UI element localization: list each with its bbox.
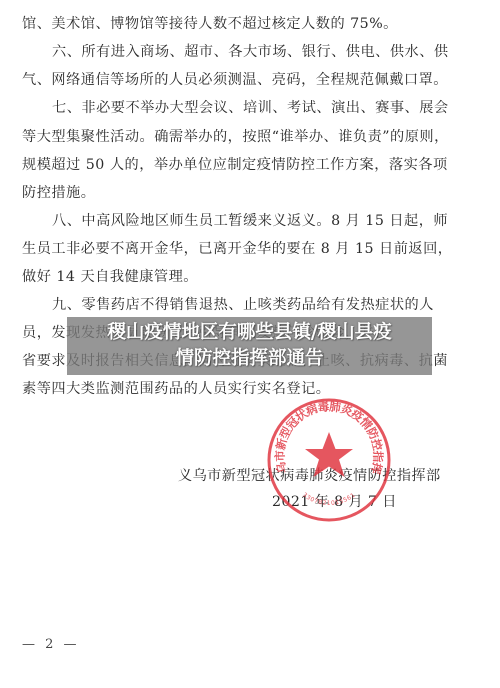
- issuer-signature: 义乌市新型冠状病毒肺炎疫情防控指挥部: [178, 466, 441, 486]
- document-text-line: 防控措施。: [22, 183, 95, 203]
- document-text-line: 八、中高风险地区师生员工暂缓来义返义。8 月 15 日起，师: [52, 211, 448, 231]
- document-text-line: 七、非必要不举办大型会议、培训、考试、演出、赛事、展会: [52, 98, 449, 118]
- document-page: 馆、美术馆、博物馆等接待人数不超过核定人数的 75%。六、所有进入商场、超市、各…: [0, 0, 500, 688]
- document-text-line: 六、所有进入商场、超市、各大市场、银行、供电、供水、供: [52, 42, 449, 62]
- svg-text:义乌市新型冠状病毒肺炎疫情防控指挥部: 义乌市新型冠状病毒肺炎疫情防控指挥部: [266, 397, 385, 476]
- title-overlay-banner: 稷山疫情地区有哪些县镇/稷山县疫 情防控指挥部通告: [67, 317, 432, 375]
- document-text-line: 馆、美术馆、博物馆等接待人数不超过核定人数的 75%。: [22, 14, 398, 34]
- overlay-title-line-2: 情防控指挥部通告: [67, 346, 432, 372]
- document-text-line: 生员工非必要不离开金华，已离开金华的要在 8 月 15 日前返回，: [22, 239, 453, 259]
- document-text-line: 素等四大类监测范围药品的人员实行实名登记。: [22, 379, 330, 399]
- overlay-title-line-1: 稷山疫情地区有哪些县镇/稷山县疫: [67, 317, 432, 346]
- document-text-line: 等大型集聚性活动。确需举办的，按照“谁举办、谁负责”的原则，: [22, 127, 449, 147]
- document-text-line: 九、零售药店不得销售退热、止咳类药品给有发热症状的人: [52, 295, 434, 315]
- issue-date: 2021 年 8 月 7 日: [272, 492, 397, 512]
- seal-arc-text: 义乌市新型冠状病毒肺炎疫情防控指挥部: [266, 397, 385, 476]
- document-text-line: 规模超过 50 人的，举办单位应制定疫情防控工作方案，落实各项: [22, 155, 448, 175]
- document-text-line: 气、网络通信等场所的人员必须测温、亮码，全程规范佩戴口罩。: [22, 70, 448, 90]
- document-text-line: 做好 14 天自我健康管理。: [22, 267, 198, 287]
- page-number: — 2 —: [22, 635, 80, 655]
